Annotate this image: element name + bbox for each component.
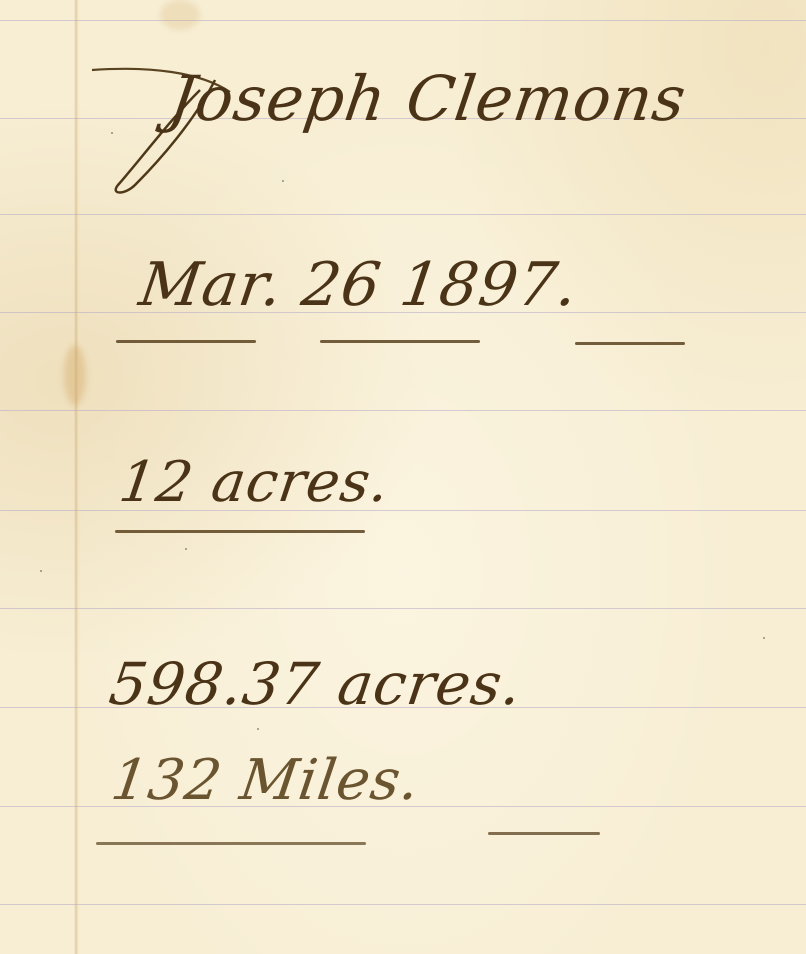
date-underline-year	[575, 342, 685, 345]
date-underline-day	[320, 340, 480, 343]
entry-name: Joseph Clemons	[165, 62, 691, 135]
date-underline-month	[116, 340, 256, 343]
paper-speck	[111, 132, 113, 134]
distance-underline-left	[96, 842, 366, 845]
paper-speck	[40, 570, 42, 572]
entry-distance: 132 Miles.	[107, 748, 424, 813]
entry-acres-total: 598.37 acres.	[105, 650, 526, 718]
entry-date: Mar. 26 1897.	[135, 250, 582, 320]
distance-underline-right	[488, 832, 600, 835]
paper-speck	[763, 637, 765, 639]
paper-speck	[282, 180, 284, 182]
entry-acres-small: 12 acres.	[115, 450, 393, 515]
paper-speck	[257, 728, 259, 730]
paper-speck	[185, 548, 187, 550]
notebook-page: Joseph Clemons Mar. 26 1897. 12 acres. 5…	[0, 0, 806, 954]
acres-small-underline	[115, 530, 365, 533]
